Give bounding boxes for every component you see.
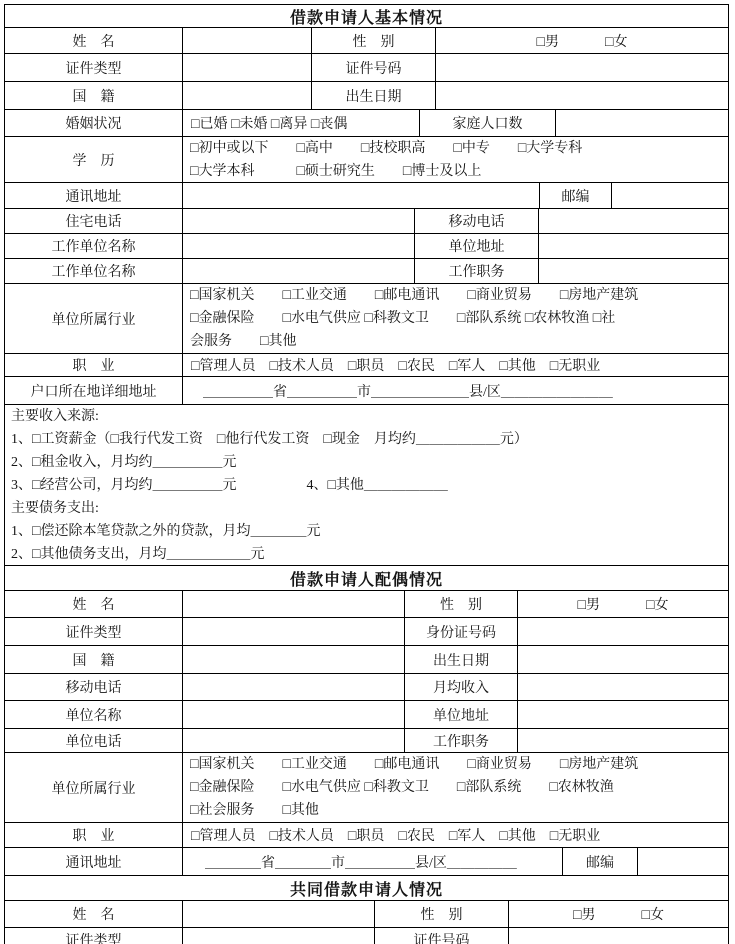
s2-name-row: 姓 名 性 别 □男 □女 bbox=[5, 591, 728, 618]
s1-family-count-label: 家庭人口数 bbox=[420, 110, 556, 136]
s1-industry-options-line1[interactable]: □国家机关 □工业交通 □邮电通讯 □商业贸易 □房地产建筑 bbox=[190, 284, 638, 307]
s2-idtype-label: 证件类型 bbox=[5, 618, 183, 645]
s1-income-business-other-checkbox-line[interactable]: 3、□经营公司，月均约＿＿＿＿＿元 4、□其他＿＿＿＿＿＿ bbox=[11, 474, 448, 497]
s1-home-phone-input-cell[interactable] bbox=[183, 209, 415, 233]
s1-zip-input-cell[interactable] bbox=[612, 183, 728, 208]
s1-idno-label: 证件号码 bbox=[312, 54, 436, 81]
s3-idtype-label: 证件类型 bbox=[5, 928, 183, 944]
s1-family-count-input-cell[interactable] bbox=[556, 110, 728, 136]
s2-industry-options-line3[interactable]: □社会服务 □其他 bbox=[190, 799, 319, 822]
s2-occupation-row: 职 业 □管理人员 □技术人员 □职员 □农民 □军人 □其他 □无职业 bbox=[5, 823, 728, 848]
s1-job-title-input-cell[interactable] bbox=[539, 259, 728, 283]
s1-marital-row: 婚姻状况 □已婚 □未婚 □离异 □丧偶 家庭人口数 bbox=[5, 110, 728, 137]
s1-sex-female-checkbox[interactable]: □女 bbox=[605, 31, 627, 51]
s1-industry-label: 单位所属行业 bbox=[5, 284, 183, 353]
s2-nationality-row: 国 籍 出生日期 bbox=[5, 646, 728, 674]
s1-idno-input-cell[interactable] bbox=[436, 54, 728, 81]
s1-employer2-input-cell[interactable] bbox=[183, 259, 415, 283]
s1-name-input-cell[interactable] bbox=[183, 28, 312, 53]
s1-employer-addr-label: 单位地址 bbox=[415, 234, 539, 258]
section1-title: 借款申请人基本情况 bbox=[5, 5, 728, 27]
s3-name-row: 姓 名 性 别 □男 □女 bbox=[5, 901, 728, 928]
s1-employer2-label: 工作单位名称 bbox=[5, 259, 183, 283]
s1-education-row: 学 历 □初中或以下 □高中 □技校职高 □中专 □大学专科 □大学本科 □硕士… bbox=[5, 137, 728, 183]
section3-title: 共同借款申请人情况 bbox=[5, 876, 728, 900]
s3-idno-label: 证件号码 bbox=[375, 928, 509, 944]
s2-occupation-label: 职 业 bbox=[5, 823, 183, 847]
s1-income-section: 主要收入来源: 1、□工资薪金（□我行代发工资 □他行代发工资 □现金 月均约＿… bbox=[5, 405, 728, 565]
s2-industry-options-line1[interactable]: □国家机关 □工业交通 □邮电通讯 □商业贸易 □房地产建筑 bbox=[190, 753, 638, 776]
s2-employer-label: 单位名称 bbox=[5, 701, 183, 728]
s2-employer-addr-label: 单位地址 bbox=[405, 701, 518, 728]
s2-job-title-input-cell[interactable] bbox=[518, 729, 728, 752]
s3-sex-female-checkbox[interactable]: □女 bbox=[642, 904, 664, 924]
s3-name-input-cell[interactable] bbox=[183, 901, 375, 927]
s2-birth-label: 出生日期 bbox=[405, 646, 518, 673]
s1-occupation-row: 职 业 □管理人员 □技术人员 □职员 □农民 □军人 □其他 □无职业 bbox=[5, 354, 728, 377]
s1-hukou-input-line[interactable]: ＿＿＿＿＿省＿＿＿＿＿市＿＿＿＿＿＿＿县/区＿＿＿＿＿＿＿＿ bbox=[183, 377, 728, 404]
s2-occupation-checkbox-group[interactable]: □管理人员 □技术人员 □职员 □农民 □军人 □其他 □无职业 bbox=[183, 823, 728, 847]
s2-employer-phone-row: 单位电话 工作职务 bbox=[5, 729, 728, 753]
s1-mobile-input-cell[interactable] bbox=[539, 209, 728, 233]
s2-nationality-label: 国 籍 bbox=[5, 646, 183, 673]
s1-marital-checkbox-group[interactable]: □已婚 □未婚 □离异 □丧偶 bbox=[183, 110, 420, 136]
s1-name-row: 姓 名 性 别 □男 □女 bbox=[5, 28, 728, 54]
s1-sex-options: □男 □女 bbox=[436, 28, 728, 53]
s3-idtype-row: 证件类型 证件号码 bbox=[5, 928, 728, 944]
s2-industry-row: 单位所属行业 □国家机关 □工业交通 □邮电通讯 □商业贸易 □房地产建筑 □金… bbox=[5, 753, 728, 823]
s1-industry-options-line3[interactable]: 会服务 □其他 bbox=[190, 330, 296, 353]
loan-application-form: 借款申请人基本情况 姓 名 性 别 □男 □女 证件类型 证件号码 国 籍 出生… bbox=[4, 4, 729, 944]
s2-employer-phone-label: 单位电话 bbox=[5, 729, 183, 752]
s1-debt-loan-checkbox-line[interactable]: 1、□偿还除本笔贷款之外的贷款，月均＿＿＿＿元 bbox=[11, 520, 320, 543]
s3-idtype-input-cell[interactable] bbox=[183, 928, 375, 944]
s1-name-label: 姓 名 bbox=[5, 28, 183, 53]
s1-birth-input-cell[interactable] bbox=[436, 82, 728, 109]
s2-employer-phone-input-cell[interactable] bbox=[183, 729, 405, 752]
section1-header-row: 借款申请人基本情况 bbox=[5, 5, 728, 28]
s1-education-options-line2[interactable]: □大学本科 □硕士研究生 □博士及以上 bbox=[190, 160, 481, 183]
s1-marital-label: 婚姻状况 bbox=[5, 110, 183, 136]
s2-nationality-input-cell[interactable] bbox=[183, 646, 405, 673]
s2-sex-female-checkbox[interactable]: □女 bbox=[646, 594, 668, 614]
s1-zip-label: 邮编 bbox=[540, 183, 612, 208]
s3-name-label: 姓 名 bbox=[5, 901, 183, 927]
s2-mobile-input-cell[interactable] bbox=[183, 674, 405, 700]
s2-address-row: 通讯地址 ＿＿＿＿省＿＿＿＿市＿＿＿＿＿县/区＿＿＿＿＿ 邮编 bbox=[5, 848, 728, 876]
s1-phone-row: 住宅电话 移动电话 bbox=[5, 209, 728, 234]
s1-idtype-input-cell[interactable] bbox=[183, 54, 312, 81]
s2-sex-male-checkbox[interactable]: □男 bbox=[578, 594, 600, 614]
s2-job-title-label: 工作职务 bbox=[405, 729, 518, 752]
s1-employer2-row: 工作单位名称 工作职务 bbox=[5, 259, 728, 284]
s1-debt-other-checkbox-line[interactable]: 2、□其他债务支出，月均＿＿＿＿＿＿元 bbox=[11, 543, 264, 566]
s1-nationality-label: 国 籍 bbox=[5, 82, 183, 109]
s1-industry-options-line2[interactable]: □金融保险 □水电气供应 □科教文卫 □部队系统 □农林牧渔 □社 bbox=[190, 307, 615, 330]
s2-birth-input-cell[interactable] bbox=[518, 646, 728, 673]
s1-income-salary-checkbox-line[interactable]: 1、□工资薪金（□我行代发工资 □他行代发工资 □现金 月均约＿＿＿＿＿＿元） bbox=[11, 428, 528, 451]
s1-income-row: 主要收入来源: 1、□工资薪金（□我行代发工资 □他行代发工资 □现金 月均约＿… bbox=[5, 405, 728, 566]
s1-nationality-input-cell[interactable] bbox=[183, 82, 312, 109]
s1-education-checkbox-group: □初中或以下 □高中 □技校职高 □中专 □大学专科 □大学本科 □硕士研究生 … bbox=[183, 137, 728, 182]
s2-address-input-line[interactable]: ＿＿＿＿省＿＿＿＿市＿＿＿＿＿县/区＿＿＿＿＿ bbox=[183, 848, 563, 875]
s2-employer-input-cell[interactable] bbox=[183, 701, 405, 728]
s1-birth-label: 出生日期 bbox=[312, 82, 436, 109]
s1-hukou-row: 户口所在地详细地址 ＿＿＿＿＿省＿＿＿＿＿市＿＿＿＿＿＿＿县/区＿＿＿＿＿＿＿＿ bbox=[5, 377, 728, 405]
section3-header-row: 共同借款申请人情况 bbox=[5, 876, 728, 901]
s2-monthly-income-input-cell[interactable] bbox=[518, 674, 728, 700]
s2-industry-checkbox-group: □国家机关 □工业交通 □邮电通讯 □商业贸易 □房地产建筑 □金融保险 □水电… bbox=[183, 753, 728, 822]
s2-name-input-cell[interactable] bbox=[183, 591, 405, 617]
s2-sex-options: □男 □女 bbox=[518, 591, 728, 617]
s1-address-input-cell[interactable] bbox=[183, 183, 540, 208]
s3-sex-male-checkbox[interactable]: □男 bbox=[573, 904, 595, 924]
s1-job-title-label: 工作职务 bbox=[415, 259, 539, 283]
s2-mobile-row: 移动电话 月均收入 bbox=[5, 674, 728, 701]
s2-sex-label: 性 别 bbox=[405, 591, 518, 617]
s2-zip-label: 邮编 bbox=[563, 848, 638, 875]
s1-occupation-label: 职 业 bbox=[5, 354, 183, 376]
s3-sex-options: □男 □女 bbox=[509, 901, 728, 927]
s1-income-source-heading: 主要收入来源: bbox=[11, 405, 99, 428]
s1-address-label: 通讯地址 bbox=[5, 183, 183, 208]
s1-income-rent-checkbox-line[interactable]: 2、□租金收入，月均约＿＿＿＿＿元 bbox=[11, 451, 236, 474]
s2-industry-label: 单位所属行业 bbox=[5, 753, 183, 822]
s1-address-row: 通讯地址 邮编 bbox=[5, 183, 728, 209]
s2-employer-row: 单位名称 单位地址 bbox=[5, 701, 728, 729]
s3-sex-label: 性 别 bbox=[375, 901, 509, 927]
s2-name-label: 姓 名 bbox=[5, 591, 183, 617]
s1-industry-row: 单位所属行业 □国家机关 □工业交通 □邮电通讯 □商业贸易 □房地产建筑 □金… bbox=[5, 284, 728, 354]
s1-occupation-checkbox-group[interactable]: □管理人员 □技术人员 □职员 □农民 □军人 □其他 □无职业 bbox=[183, 354, 728, 376]
s2-monthly-income-label: 月均收入 bbox=[405, 674, 518, 700]
s1-education-options-line1[interactable]: □初中或以下 □高中 □技校职高 □中专 □大学专科 bbox=[190, 137, 582, 160]
s1-mobile-label: 移动电话 bbox=[415, 209, 539, 233]
s3-idno-input-cell[interactable] bbox=[509, 928, 728, 944]
s1-employer1-row: 工作单位名称 单位地址 bbox=[5, 234, 728, 259]
section2-header-row: 借款申请人配偶情况 bbox=[5, 566, 728, 591]
s2-employer-addr-input-cell[interactable] bbox=[518, 701, 728, 728]
s1-sex-male-checkbox[interactable]: □男 bbox=[537, 31, 559, 51]
s2-address-label: 通讯地址 bbox=[5, 848, 183, 875]
s1-nationality-row: 国 籍 出生日期 bbox=[5, 82, 728, 110]
s2-idno-input-cell[interactable] bbox=[518, 618, 728, 645]
s2-zip-input-cell[interactable] bbox=[638, 848, 728, 875]
s2-idno-label: 身份证号码 bbox=[405, 618, 518, 645]
s1-education-label: 学 历 bbox=[5, 137, 183, 182]
s1-hukou-label: 户口所在地详细地址 bbox=[5, 377, 183, 404]
s1-industry-checkbox-group: □国家机关 □工业交通 □邮电通讯 □商业贸易 □房地产建筑 □金融保险 □水电… bbox=[183, 284, 728, 353]
s1-employer1-input-cell[interactable] bbox=[183, 234, 415, 258]
s2-mobile-label: 移动电话 bbox=[5, 674, 183, 700]
s1-debt-heading: 主要债务支出: bbox=[11, 497, 99, 520]
s1-home-phone-label: 住宅电话 bbox=[5, 209, 183, 233]
s1-sex-label: 性 别 bbox=[312, 28, 436, 53]
s2-industry-options-line2[interactable]: □金融保险 □水电气供应 □科教文卫 □部队系统 □农林牧渔 bbox=[190, 776, 614, 799]
s2-idtype-input-cell[interactable] bbox=[183, 618, 405, 645]
s1-idtype-label: 证件类型 bbox=[5, 54, 183, 81]
s1-employer1-label: 工作单位名称 bbox=[5, 234, 183, 258]
s1-idtype-row: 证件类型 证件号码 bbox=[5, 54, 728, 82]
section2-title: 借款申请人配偶情况 bbox=[5, 566, 728, 590]
s2-idtype-row: 证件类型 身份证号码 bbox=[5, 618, 728, 646]
s1-employer-addr-input-cell[interactable] bbox=[539, 234, 728, 258]
